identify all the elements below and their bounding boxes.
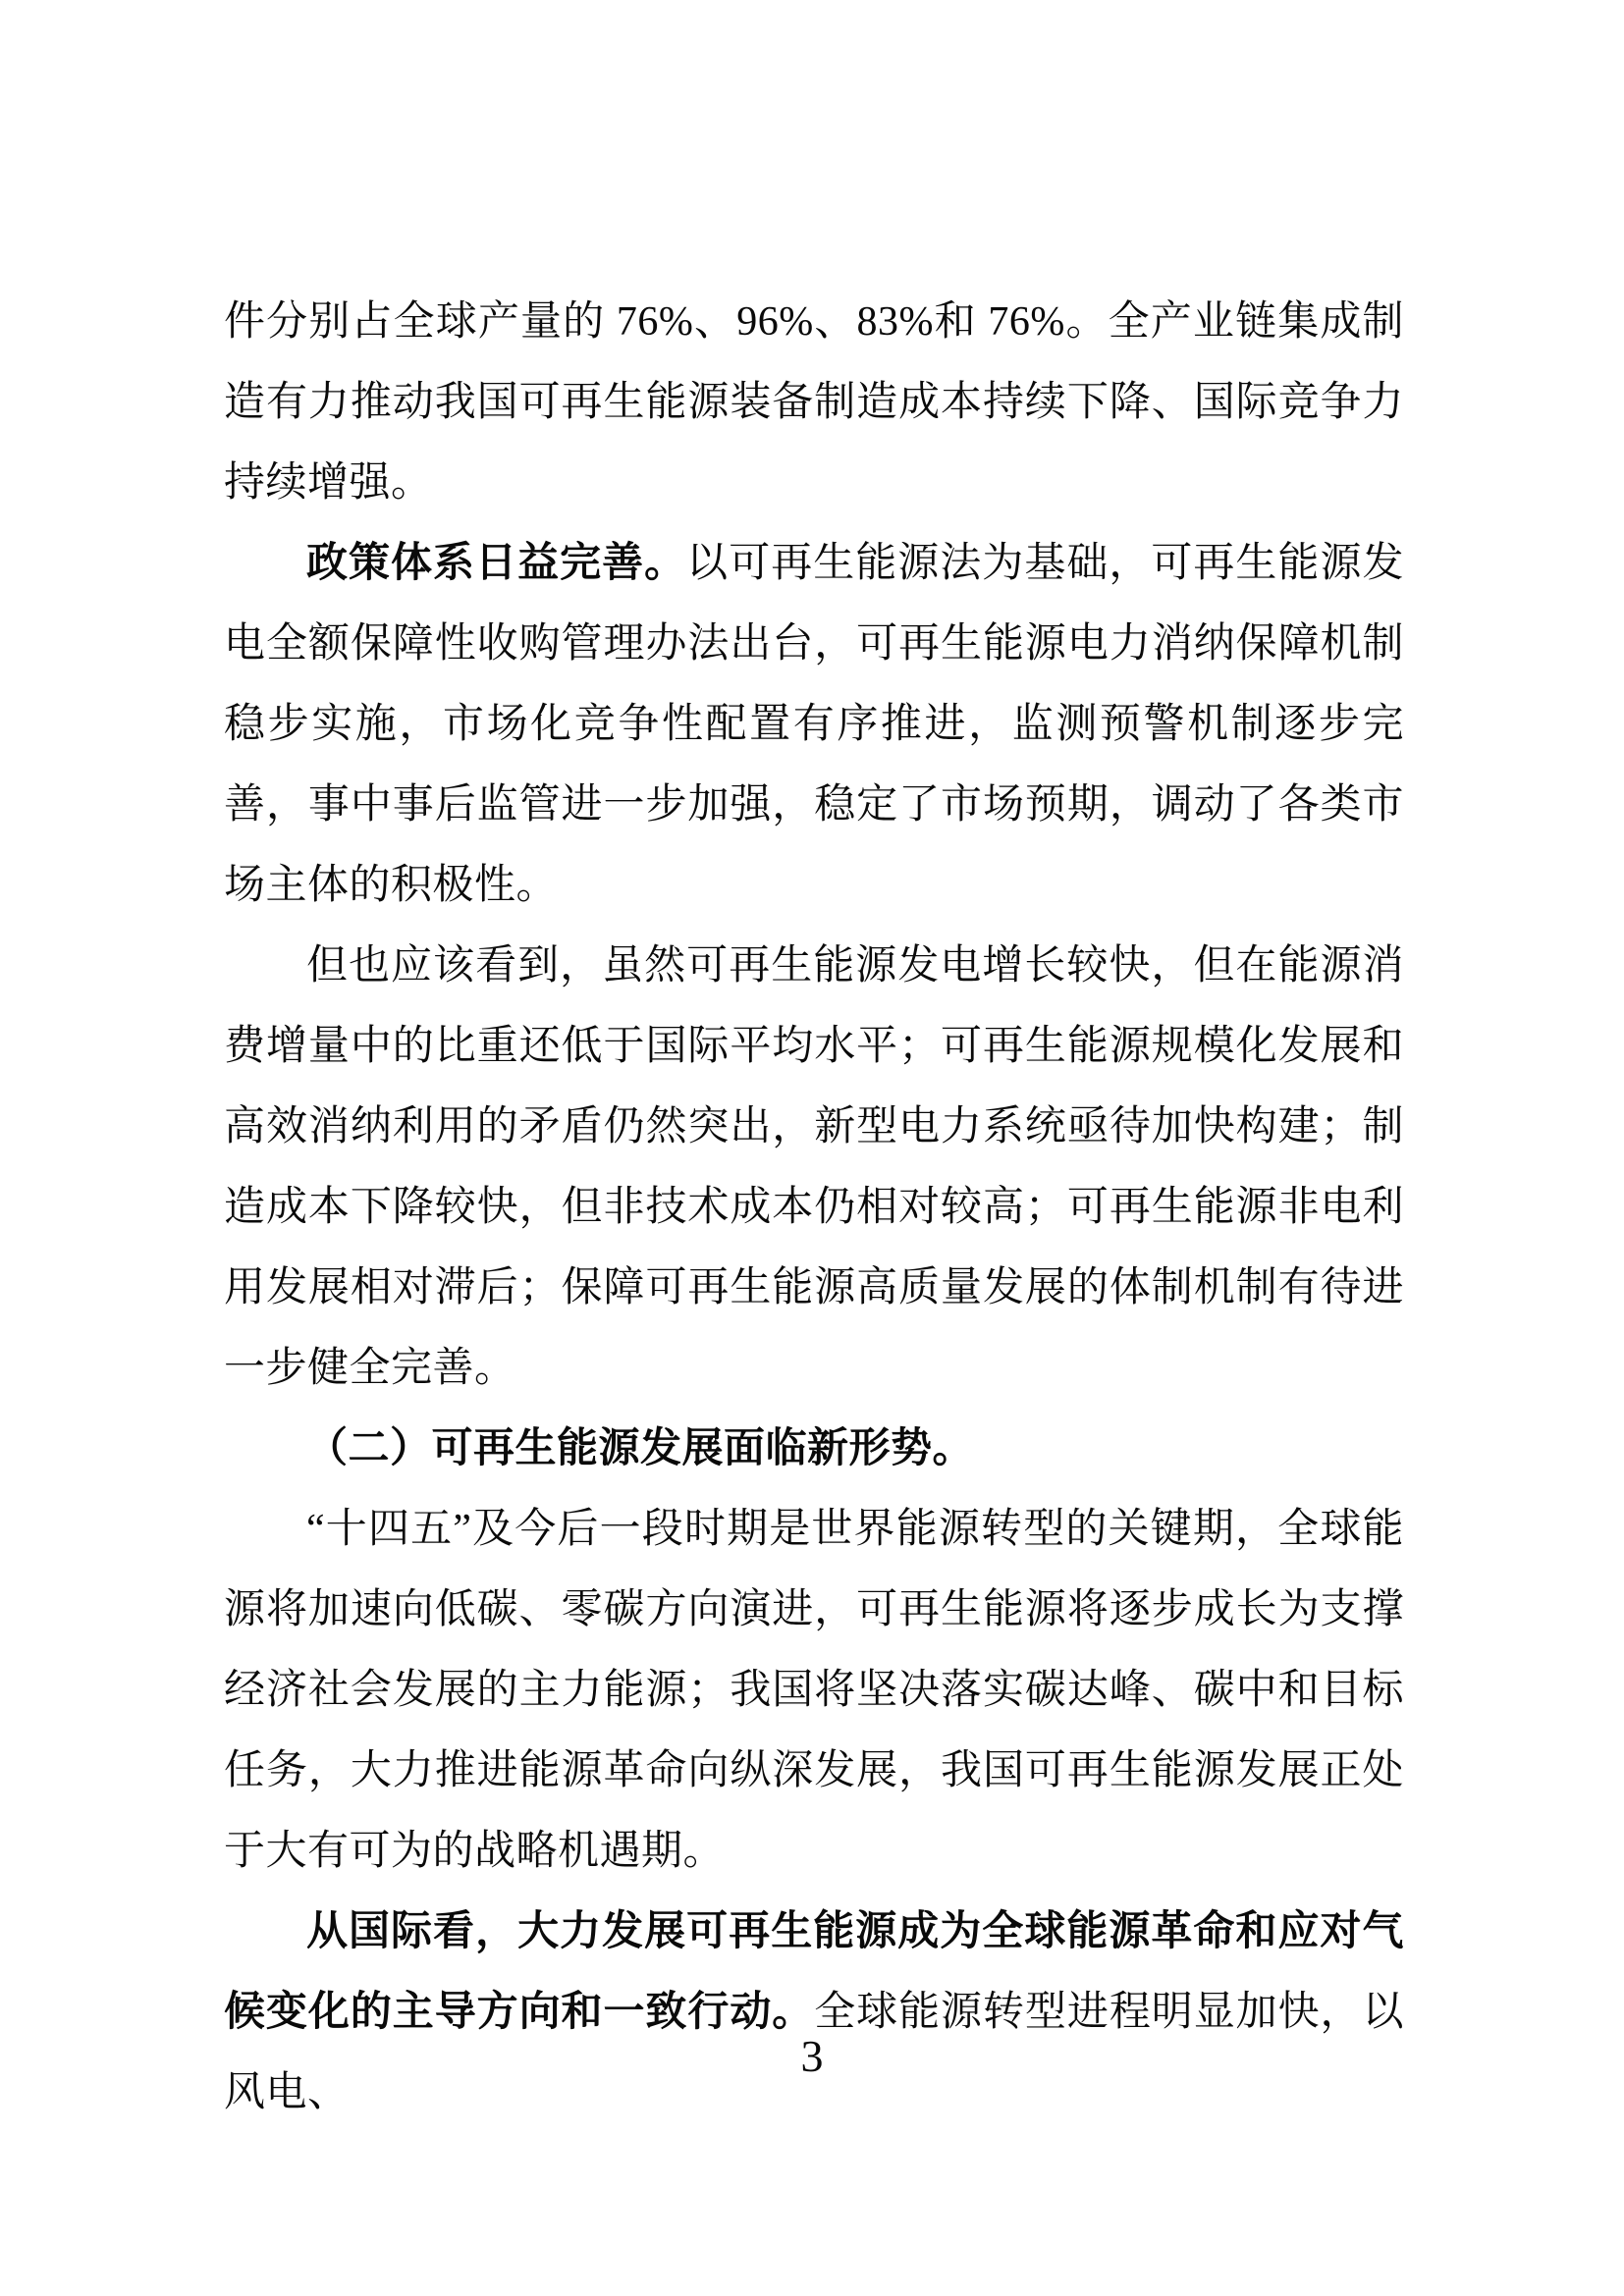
- paragraph: 从国际看，大力发展可再生能源成为全球能源革命和应对气候变化的主导方向和一致行动。…: [224, 1892, 1404, 2133]
- paragraph: 件分别占全球产量的 76%、96%、83%和 76%。全产业链集成制造有力推动我…: [224, 282, 1404, 523]
- paragraph: 政策体系日益完善。以可再生能源法为基础，可再生能源发电全额保障性收购管理办法出台…: [224, 523, 1404, 926]
- bold-text-segment: （二）可再生能源发展面临新形势。: [306, 1426, 974, 1471]
- paragraph: 但也应该看到，虽然可再生能源发电增长较快，但在能源消费增量中的比重还低于国际平均…: [224, 926, 1404, 1409]
- text-segment: 件分别占全球产量的 76%、96%、83%和 76%。全产业链集成制造有力推动我…: [224, 299, 1404, 506]
- text-segment: 但也应该看到，虽然可再生能源发电增长较快，但在能源消费增量中的比重还低于国际平均…: [224, 943, 1404, 1391]
- paragraph: “十四五”及今后一段时期是世界能源转型的关键期，全球能源将加速向低碳、零碳方向演…: [224, 1489, 1404, 1892]
- document-page: 件分别占全球产量的 76%、96%、83%和 76%。全产业链集成制造有力推动我…: [0, 0, 1624, 2296]
- text-content: 件分别占全球产量的 76%、96%、83%和 76%。全产业链集成制造有力推动我…: [224, 282, 1404, 2133]
- page-number: 3: [0, 2032, 1624, 2082]
- text-segment: 以可再生能源法为基础，可再生能源发电全额保障性收购管理办法出台，可再生能源电力消…: [224, 541, 1404, 908]
- bold-text-segment: 政策体系日益完善。: [306, 541, 686, 586]
- text-segment: “十四五”及今后一段时期是世界能源转型的关键期，全球能源将加速向低碳、零碳方向演…: [224, 1507, 1404, 1874]
- section-heading: （二）可再生能源发展面临新形势。: [224, 1409, 1404, 1489]
